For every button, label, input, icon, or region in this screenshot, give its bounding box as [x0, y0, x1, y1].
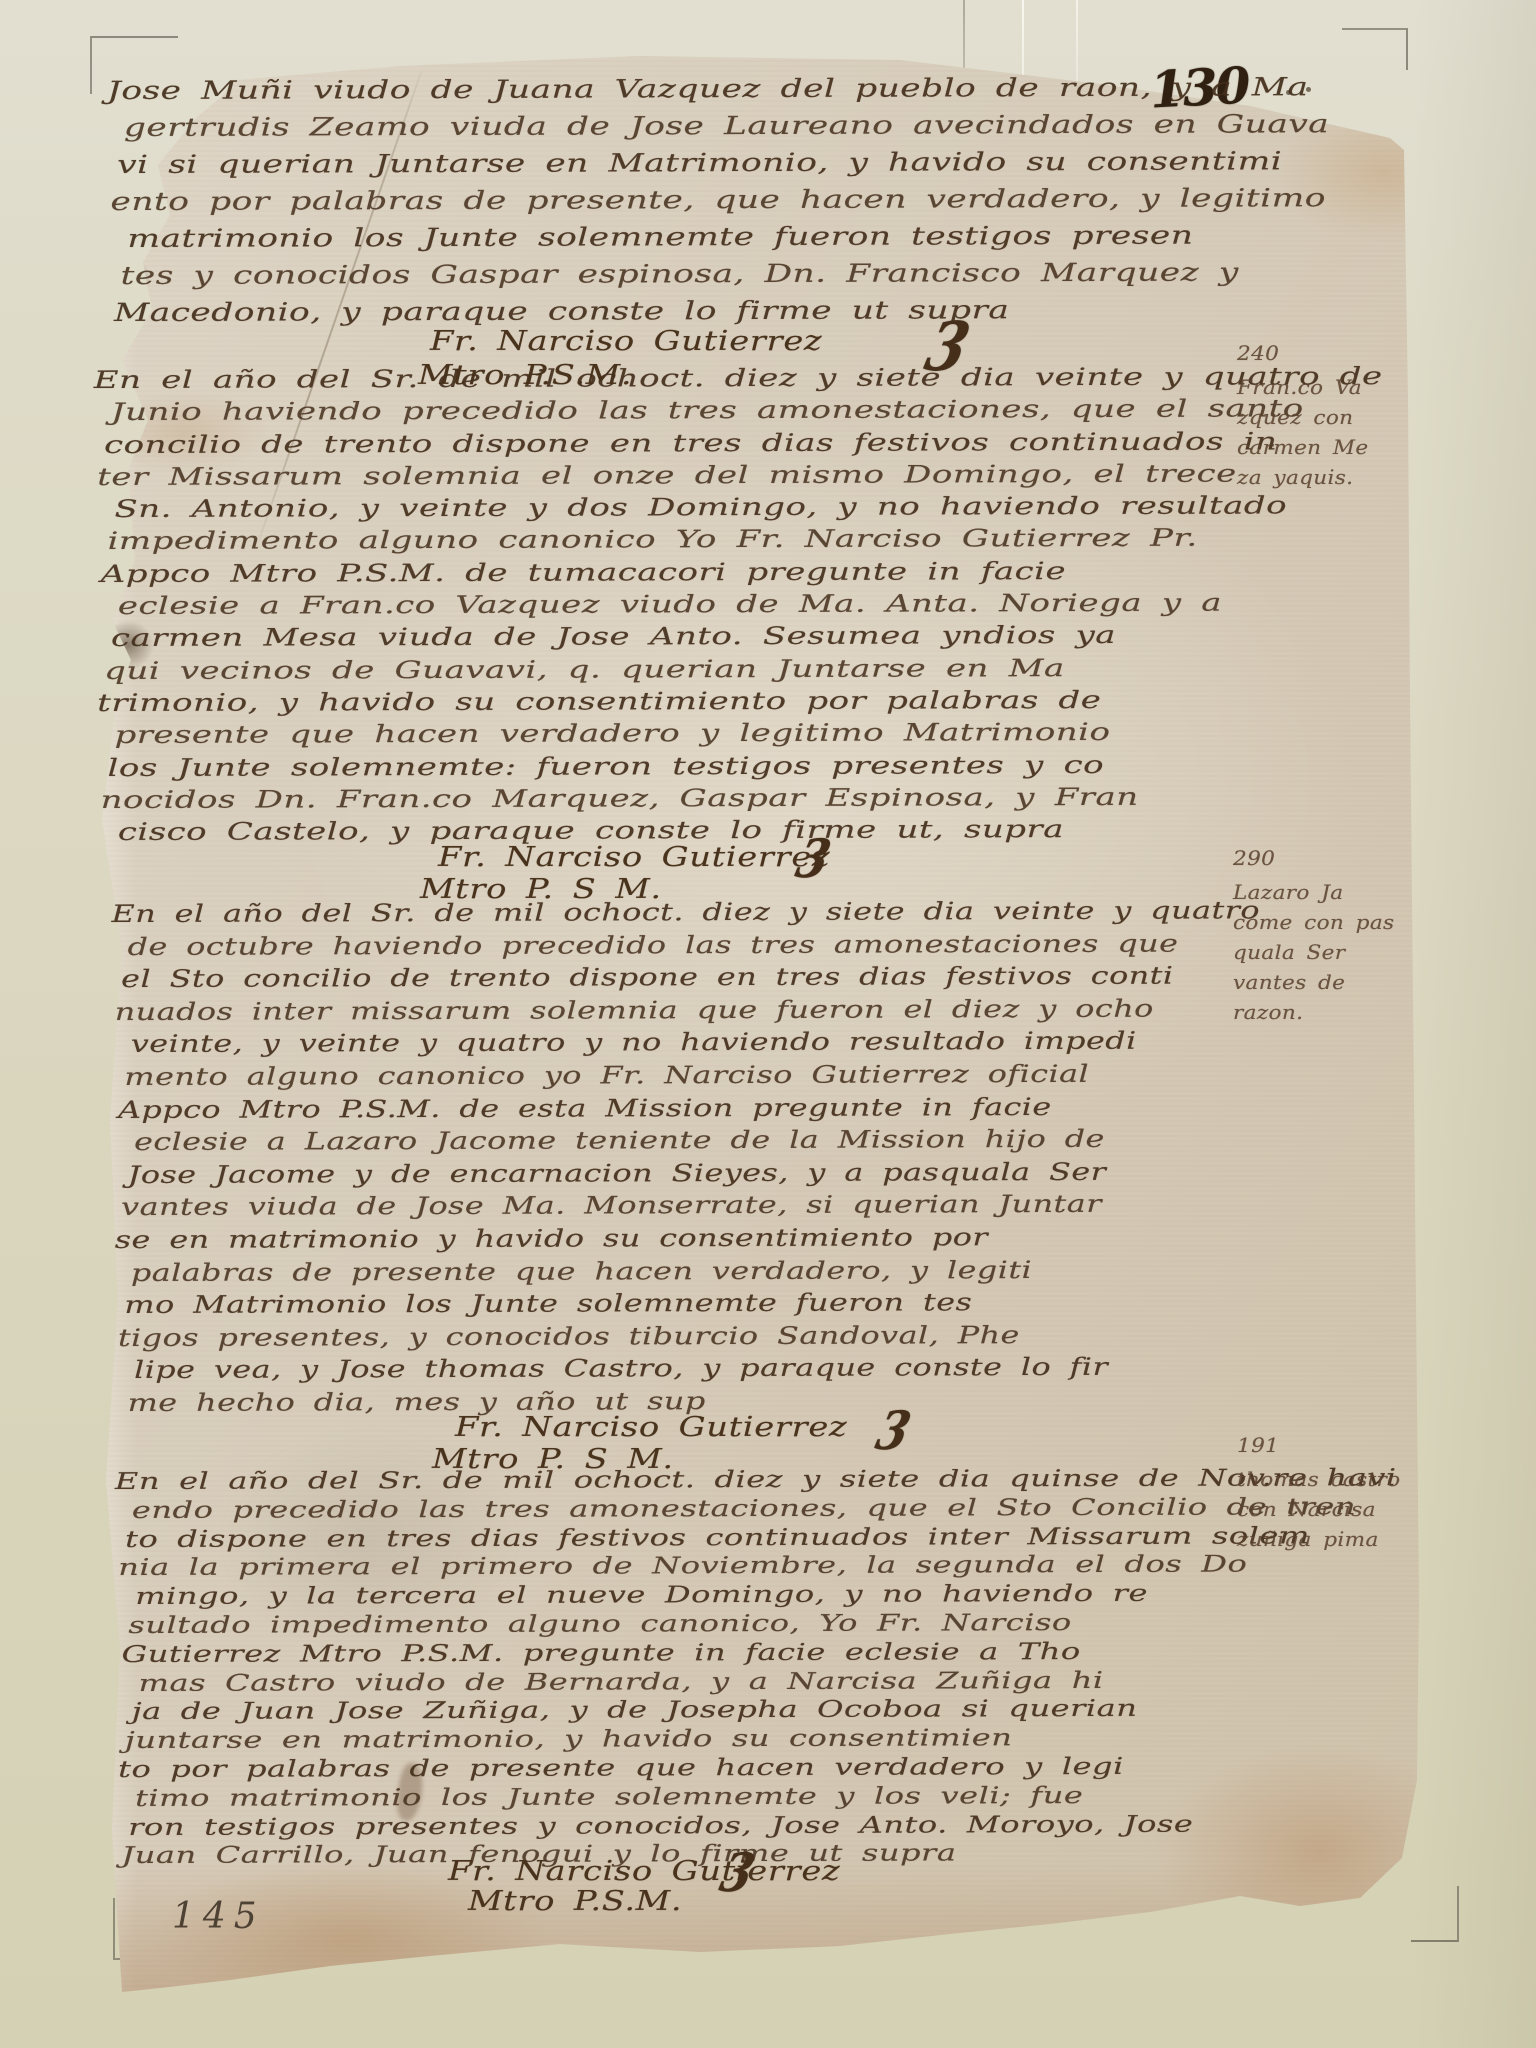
manuscript-line: En el año del Sr. de mil ochoct. diez y … — [115, 1464, 1397, 1497]
margin-note-line: con Narcisa — [1237, 1494, 1401, 1524]
margin-note-line: vantes de — [1233, 967, 1394, 997]
margin-note: 240Fran.co Vazquez concarmen Meza yaquis… — [1237, 338, 1368, 492]
manuscript-line: concilio de trento dispone en tres dias … — [104, 425, 1383, 461]
manuscript-line: se en matrimonio y havido su consentimie… — [115, 1220, 1262, 1256]
manuscript-line: mas Castro viudo de Bernarda, y a Narcis… — [138, 1666, 1397, 1699]
signature-name: Fr. Narciso Gutierrez — [438, 842, 830, 873]
manuscript-line: trimonio, y havido su consentimiento por… — [97, 683, 1385, 719]
manuscript-line: sultado impedimento alguno canonico, Yo … — [128, 1608, 1397, 1641]
margin-note-line: razon. — [1233, 997, 1394, 1027]
manuscript-line: ron testigos presentes y conocidos, Jose… — [128, 1810, 1399, 1843]
manuscript-line: el Sto concilio de trento dispone en tre… — [121, 959, 1260, 995]
manuscript-content: 130 145 Jose Muñi viudo de Juana Vazquez… — [0, 0, 1536, 2048]
manuscript-line: to dispone en tres dias festivos continu… — [125, 1522, 1397, 1555]
manuscript-line: de octubre haviendo precedido las tres a… — [128, 927, 1261, 963]
photo-of-manuscript: 130 145 Jose Muñi viudo de Juana Vazquez… — [0, 0, 1536, 2048]
margin-note-line: thomas castro — [1237, 1464, 1401, 1494]
manuscript-line: gertrudis Zeamo viuda de Jose Laureano a… — [124, 105, 1330, 146]
manuscript-line: lipe vea, y Jose thomas Castro, y paraqu… — [134, 1351, 1263, 1387]
manuscript-line: endo precedido las tres amonestaciones, … — [132, 1493, 1397, 1526]
margin-note-line: come con pas — [1233, 907, 1394, 937]
manuscript-line: Appco Mtro P.S.M. de tumacacori pregunte… — [101, 554, 1384, 590]
margin-note-line: quala Ser — [1233, 937, 1394, 967]
margin-note-line: zuñiga pima — [1237, 1524, 1401, 1554]
manuscript-line: Gutierrez Mtro P.S.M. pregunte in facie … — [121, 1637, 1397, 1670]
manuscript-line: Jose Muñi viudo de Juana Vazquez del pue… — [107, 68, 1329, 109]
manuscript-line: mingo, y la tercera el nueve Domingo, y … — [135, 1579, 1397, 1612]
margin-note: 290Lazaro Jacome con pasquala Servantes … — [1233, 843, 1394, 1027]
manuscript-line: impedimento alguno canonico Yo Fr. Narci… — [107, 522, 1383, 558]
signature-name: Fr. Narciso Gutierrez — [430, 326, 822, 357]
manuscript-line: tes y conocidos Gaspar espinosa, Dn. Fra… — [120, 253, 1330, 294]
manuscript-line: nocidos Dn. Fran.co Marquez, Gaspar Espi… — [101, 780, 1386, 816]
marriage-record: Jose Muñi viudo de Juana Vazquez del pue… — [118, 68, 1330, 331]
margin-note-line: carmen Me — [1237, 432, 1368, 462]
manuscript-line: juntarse en matrimonio, y havido su cons… — [125, 1723, 1398, 1756]
manuscript-line: nuados inter missarum solemnia que fuero… — [115, 992, 1261, 1028]
manuscript-line: nia la primera el primero de Noviembre, … — [118, 1550, 1397, 1583]
margin-note-number: 240 — [1237, 338, 1368, 368]
margin-note-line: Lazaro Ja — [1233, 877, 1394, 907]
page-number-bottom: 145 — [172, 1896, 265, 1937]
signature-name: Fr. Narciso Gutierrez — [448, 1856, 840, 1887]
manuscript-line: vi si querian Juntarse en Matrimonio, y … — [117, 142, 1329, 183]
signature-name: Fr. Narciso Gutierrez — [455, 1412, 847, 1443]
manuscript-line: En el año del Sr. de mil ochoct. diez y … — [94, 360, 1383, 396]
manuscript-line: tigos presentes, y conocidos tiburcio Sa… — [118, 1318, 1263, 1354]
manuscript-line: Macedonio, y paraque conste lo firme ut … — [114, 290, 1331, 331]
manuscript-line: eclesie a Fran.co Vazquez viudo de Ma. A… — [118, 586, 1384, 622]
manuscript-line: mo Matrimonio los Junte solemnemte fuero… — [124, 1285, 1262, 1321]
manuscript-line: carmen Mesa viuda de Jose Anto. Sesumea … — [111, 618, 1384, 654]
signature-title: Mtro P.S.M. — [468, 1886, 682, 1917]
manuscript-line: ja de Juan Jose Zuñiga, y de Josepha Oco… — [132, 1694, 1398, 1727]
manuscript-line: veinte, y veinte y quatro y no haviendo … — [131, 1025, 1261, 1061]
margin-note: 191thomas castrocon Narcisazuñiga pima — [1237, 1430, 1401, 1554]
margin-note-line: Fran.co Va — [1237, 372, 1368, 402]
manuscript-line: timo matrimonio los Junte solemnemte y l… — [135, 1781, 1399, 1814]
manuscript-line: mento alguno canonico yo Fr. Narciso Gut… — [124, 1057, 1261, 1093]
manuscript-line: presente que hacen verdadero y legitimo … — [114, 715, 1385, 751]
manuscript-line: Sn. Antonio, y veinte y dos Domingo, y n… — [114, 489, 1383, 525]
manuscript-line: to por palabras de presente que hacen ve… — [118, 1752, 1398, 1785]
manuscript-line: En el año del Sr. de mil ochoct. diez y … — [111, 894, 1260, 930]
margin-note-number: 290 — [1233, 843, 1394, 873]
manuscript-line: ento por palabras de presente, que hacen… — [110, 179, 1329, 220]
marriage-record: En el año del Sr. de mil ochoct. diez y … — [122, 894, 1263, 1419]
manuscript-line: los Junte solemnemte: fueron testigos pr… — [107, 748, 1385, 784]
manuscript-line: qui vecinos de Guavavi, q. querian Junta… — [104, 651, 1385, 687]
manuscript-line: palabras de presente que hacen verdadero… — [131, 1253, 1262, 1289]
manuscript-line: Junio haviendo precedido las tres amones… — [111, 392, 1383, 428]
margin-note-line: za yaquis. — [1237, 462, 1368, 492]
manuscript-line: vantes viuda de Jose Ma. Monserrate, si … — [121, 1188, 1262, 1224]
manuscript-line: Jose Jacome y de encarnacion Sieyes, y a… — [128, 1155, 1262, 1191]
margin-note-number: 191 — [1237, 1430, 1401, 1460]
marriage-record: En el año del Sr. de mil ochoct. diez y … — [126, 1464, 1399, 1871]
margin-note-line: zquez con — [1237, 402, 1368, 432]
marriage-record: En el año del Sr. de mil ochoct. diez y … — [105, 360, 1385, 848]
manuscript-line: matrimonio los Junte solemnemte fueron t… — [127, 216, 1330, 257]
manuscript-line: eclesie a Lazaro Jacome teniente de la M… — [134, 1122, 1261, 1158]
manuscript-line: Appco Mtro P.S.M. de esta Mission pregun… — [118, 1090, 1261, 1126]
manuscript-line: ter Missarum solemnia el onze del mismo … — [97, 457, 1383, 493]
